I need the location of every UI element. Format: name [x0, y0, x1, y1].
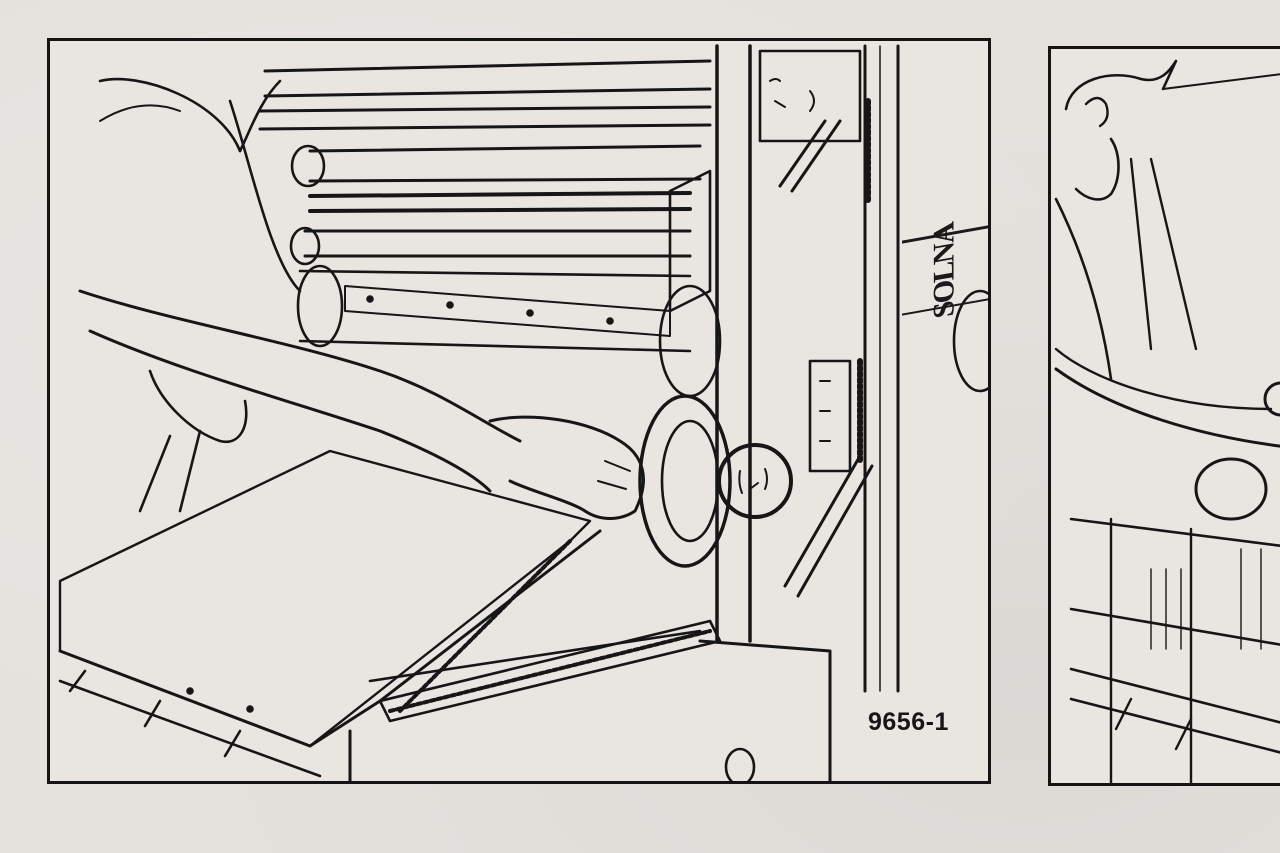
- illustration-panel-right: [1048, 46, 1280, 786]
- figure-number-label: 9656-1: [868, 708, 949, 737]
- illustration-panel-left: SOLNA 9656-1: [47, 38, 991, 784]
- nameplate-text: SOLNA: [928, 221, 962, 320]
- machine-nameplate: SOLNA: [902, 225, 988, 315]
- press-operator-drawing: [50, 41, 991, 784]
- operator-bending-drawing: [1051, 49, 1280, 786]
